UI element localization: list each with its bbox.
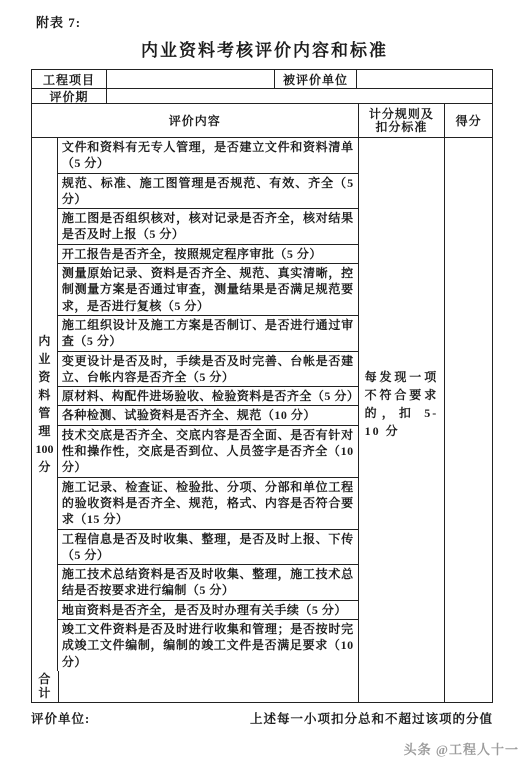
footer-note: 上述每一小项扣分总和不超过该项的分值 bbox=[250, 709, 493, 727]
rule-header-cell: 计分规则及 扣分标准 bbox=[358, 104, 445, 137]
total-label-cell: 合计 bbox=[32, 671, 58, 702]
appendix-label: 附表 7: bbox=[0, 0, 529, 31]
rule-header-line1: 计分规则及 bbox=[369, 108, 434, 121]
rule-text-cell: 每发现一项不符合要求的，扣 5-10 分 bbox=[358, 138, 445, 671]
score-header-cell: 得分 bbox=[444, 104, 492, 137]
content-header-cell: 评价内容 bbox=[32, 104, 358, 137]
criteria-row: 地亩资料是否齐全，是否及时办理有关手续（5 分） bbox=[58, 600, 358, 619]
footer-line: 评价单位: 上述每一小项扣分总和不超过该项的分值 bbox=[31, 709, 493, 727]
project-value-cell bbox=[106, 70, 274, 88]
criteria-row: 文件和资料有无专人管理，是否建立文件和资料清单（5 分） bbox=[58, 138, 358, 173]
score-column-cell bbox=[444, 138, 492, 671]
criteria-row: 竣工文件资料是否及时进行收集和管理；是否按时完成竣工文件编制，编制的竣工文件是否… bbox=[58, 619, 358, 671]
criteria-column: 文件和资料有无专人管理，是否建立文件和资料清单（5 分） 规范、标准、施工图管理… bbox=[58, 138, 358, 671]
project-row: 工程项目 被评价单位 bbox=[32, 70, 492, 88]
total-rule-cell bbox=[358, 671, 445, 702]
total-score-cell bbox=[444, 671, 492, 702]
criteria-row: 各种检测、试验资料是否齐全、规范（10 分） bbox=[58, 405, 358, 424]
rule-text: 每发现一项不符合要求的，扣 5-10 分 bbox=[359, 368, 445, 440]
period-value-cell bbox=[106, 89, 492, 103]
evaluation-table: 工程项目 被评价单位 评价期 评价内容 计分规则及 扣分标准 得分 内 业 资 … bbox=[31, 69, 493, 703]
evaluated-unit-label-cell: 被评价单位 bbox=[274, 70, 356, 88]
criteria-row: 原材料、构配件进场验收、检验资料是否齐全（5 分） bbox=[58, 386, 358, 405]
column-header-row: 评价内容 计分规则及 扣分标准 得分 bbox=[32, 103, 492, 137]
period-label-cell: 评价期 bbox=[32, 89, 106, 103]
group-label-cell: 内 业 资 料 管 理 100 分 bbox=[32, 138, 58, 671]
criteria-row: 技术交底是否齐全、交底内容是否全面、是否有针对性和操作性，交底是否到位、人员签字… bbox=[58, 425, 358, 477]
footer-unit-label: 评价单位: bbox=[31, 709, 90, 727]
criteria-row: 施工图是否组织核对，核对记录是否齐全，核对结果是否及时上报（5 分） bbox=[58, 208, 358, 244]
criteria-row: 工程信息是否及时收集、整理，是否及时上报、下传（5 分） bbox=[58, 529, 358, 565]
criteria-row: 变更设计是否及时，手续是否及时完善、台帐是否建立、台帐内容是否齐全（5 分） bbox=[58, 351, 358, 387]
group-label: 内 业 资 料 管 理 100 分 bbox=[35, 332, 53, 476]
criteria-row: 施工记录、检查证、检验批、分项、分部和单位工程的验收资料是否齐全、规范，格式、内… bbox=[58, 477, 358, 529]
watermark: 头条 @工程人十一 bbox=[0, 739, 519, 758]
period-row: 评价期 bbox=[32, 88, 492, 103]
project-label-cell: 工程项目 bbox=[32, 70, 106, 88]
criteria-row: 施工组织设计及施工方案是否制订、是否进行通过审查（5 分） bbox=[58, 315, 358, 351]
rule-header-line2: 扣分标准 bbox=[375, 121, 427, 134]
total-row: 合计 bbox=[32, 671, 492, 702]
criteria-row: 开工报告是否齐全，按照规定程序审批（5 分） bbox=[58, 244, 358, 263]
evaluated-unit-value-cell bbox=[356, 70, 492, 88]
total-label: 合计 bbox=[38, 672, 52, 700]
page-title: 内业资料考核评价内容和标准 bbox=[0, 36, 529, 61]
table-body: 内 业 资 料 管 理 100 分 文件和资料有无专人管理，是否建立文件和资料清… bbox=[32, 137, 492, 671]
criteria-row: 规范、标准、施工图管理是否规范、有效、齐全（5 分） bbox=[58, 173, 358, 209]
total-content-cell bbox=[58, 671, 358, 702]
criteria-row: 测量原始记录、资料是否齐全、规范、真实清晰，控制测量方案是否通过审查，测量结果是… bbox=[58, 263, 358, 315]
criteria-row: 施工技术总结资料是否及时收集、整理，施工技术总结是否按要求进行编制（5 分） bbox=[58, 564, 358, 600]
